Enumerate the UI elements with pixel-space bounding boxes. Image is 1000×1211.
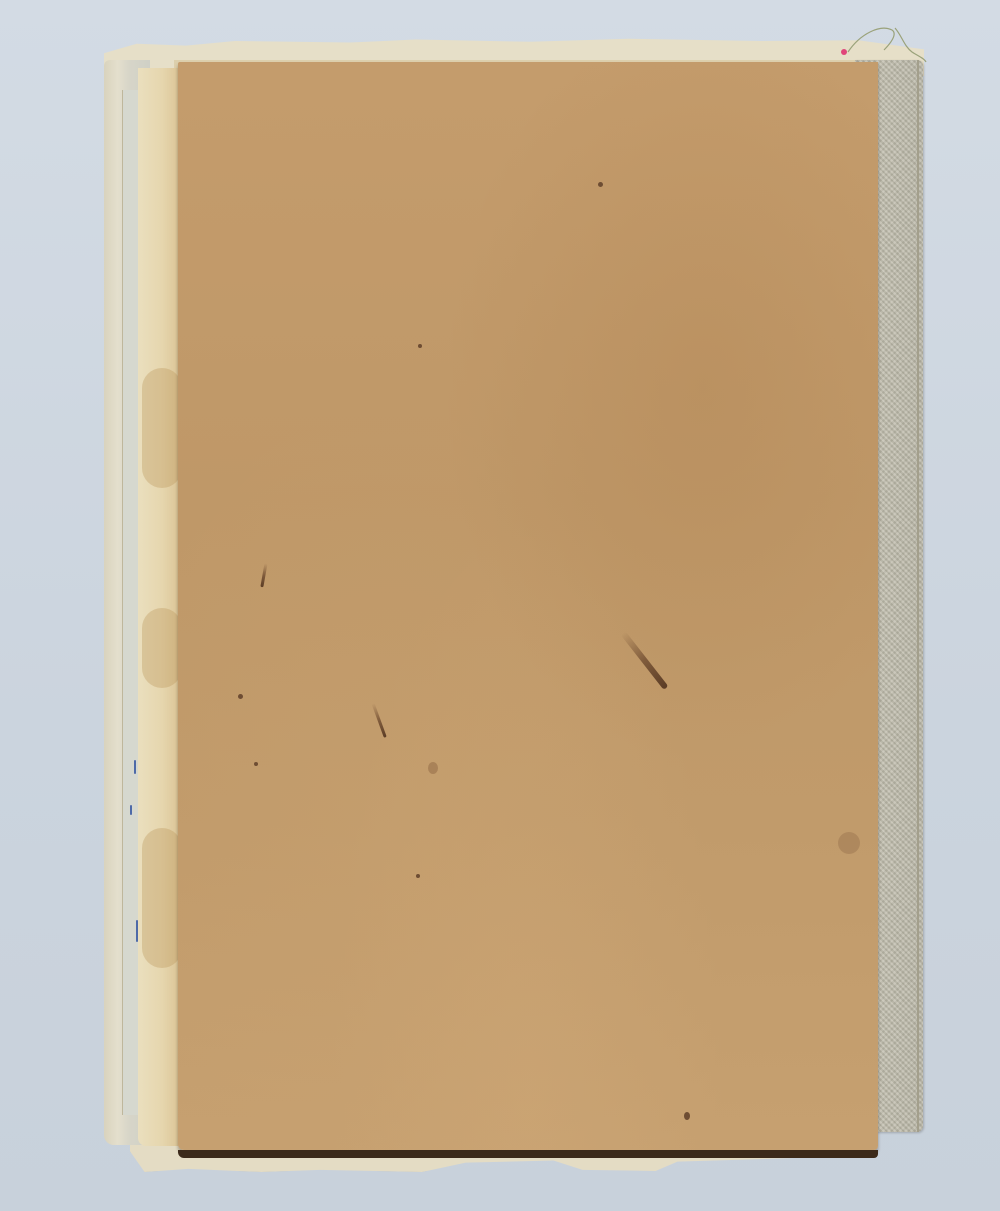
stain-spot [684, 1112, 690, 1120]
scratch-mark [621, 631, 669, 690]
stain-spot [428, 762, 438, 774]
stain-spot [418, 344, 422, 348]
ink-mark [134, 760, 136, 774]
scratch-mark [260, 563, 267, 587]
stain-spot [254, 762, 258, 766]
loose-thread [840, 24, 930, 64]
pink-mark [841, 49, 847, 55]
stain-spot [838, 832, 860, 854]
stain-spot [598, 182, 603, 187]
stain-spot [416, 874, 420, 878]
ink-mark [130, 805, 132, 815]
scratch-mark [372, 703, 387, 738]
brown-cover [178, 62, 878, 1150]
stain-spot [238, 694, 243, 699]
